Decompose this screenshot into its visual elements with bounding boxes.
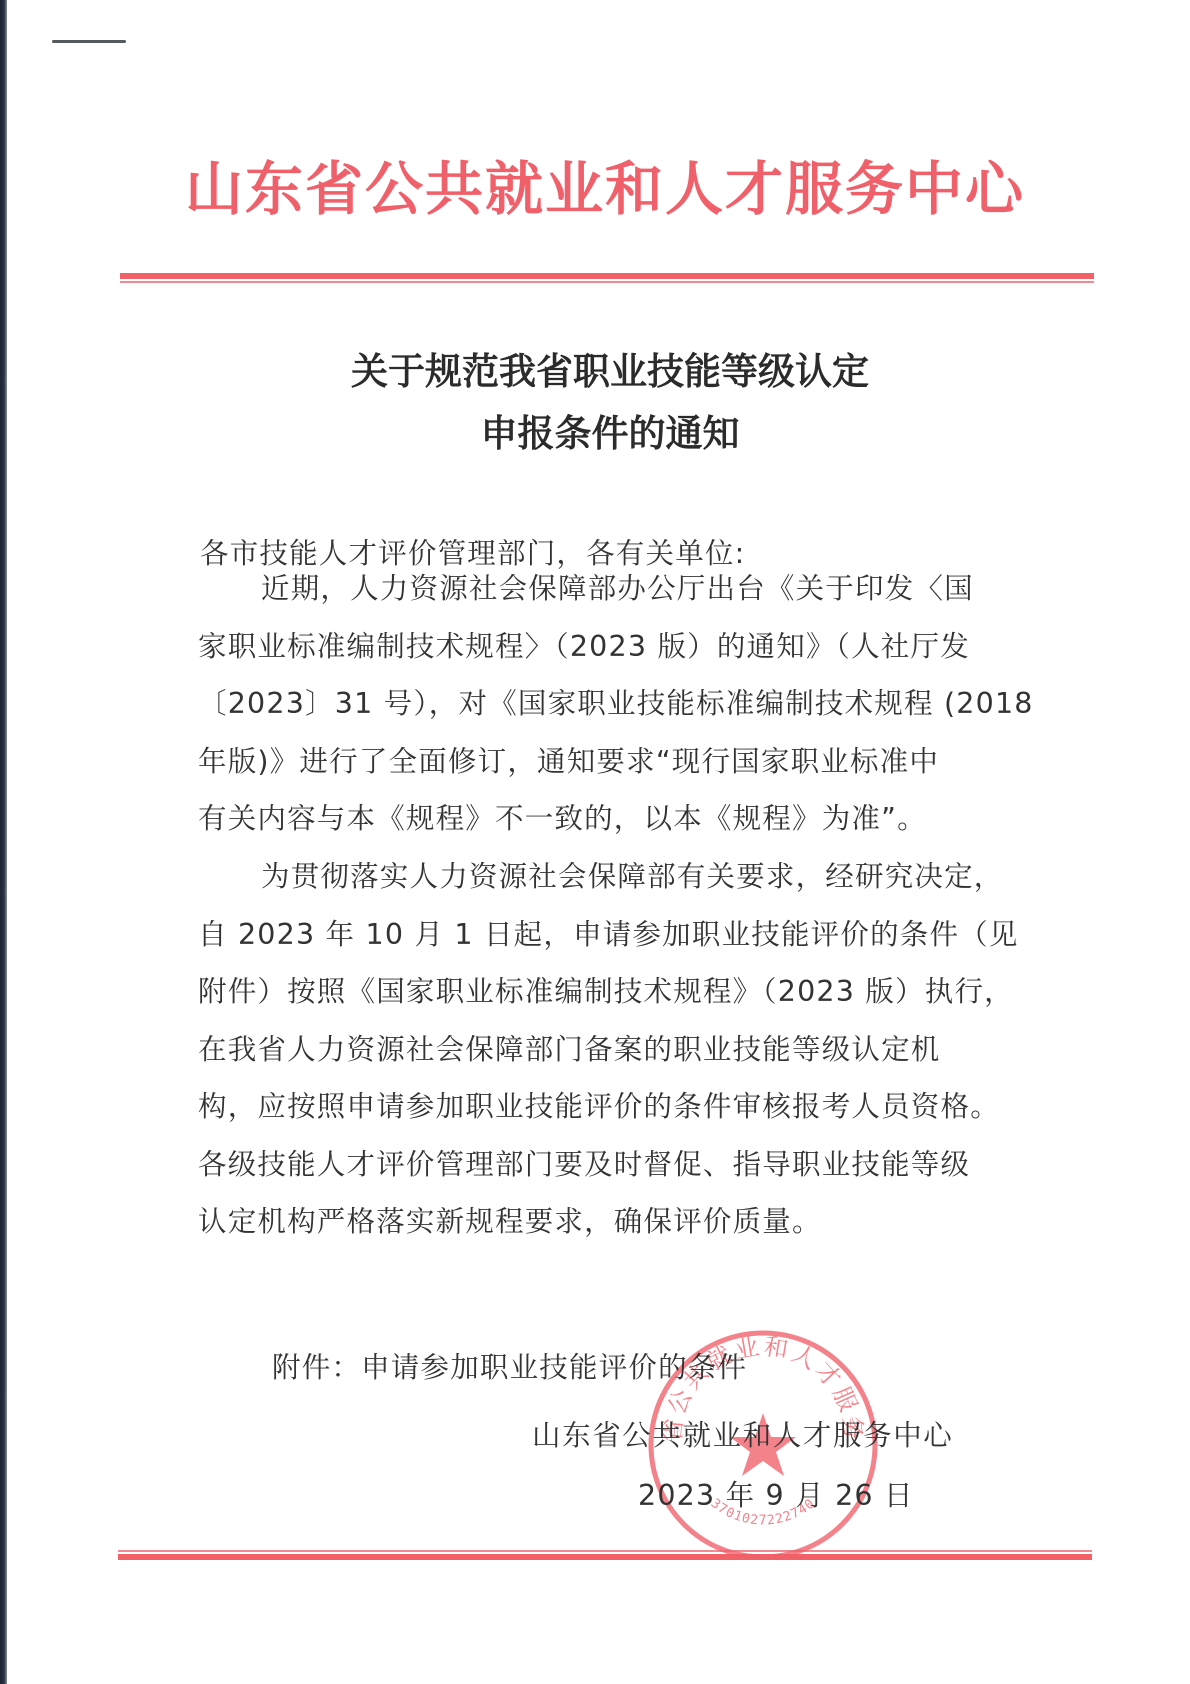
title-line-2: 申报条件的通知 bbox=[30, 402, 1190, 464]
paragraph-line: 为贯彻落实人力资源社会保障部有关要求，经研究决定， bbox=[198, 848, 1028, 906]
document-title: 关于规范我省职业技能等级认定 申报条件的通知 bbox=[0, 340, 1190, 464]
paragraph-1: 近期，人力资源社会保障部办公厅出台《关于印发〈国 家职业标准编制技术规程〉（20… bbox=[198, 560, 1028, 848]
paragraph-line: 家职业标准编制技术规程〉（2023 版）的通知》（人社厅发 bbox=[198, 618, 1028, 676]
signature-organization: 山东省公共就业和人才服务中心 bbox=[532, 1413, 953, 1454]
paragraph-line: 自 2023 年 10 月 1 日起，申请参加职业技能评价的条件（见 bbox=[198, 906, 1028, 964]
paragraph-line: 认定机构严格落实新规程要求，确保评价质量。 bbox=[198, 1193, 1028, 1251]
paragraph-line: 有关内容与本《规程》不一致的，以本《规程》为准”。 bbox=[198, 790, 1028, 848]
paragraph-line: 构，应按照申请参加职业技能评价的条件审核报考人员资格。 bbox=[198, 1078, 1028, 1136]
paragraph-line: 附件）按照《国家职业标准编制技术规程》（2023 版）执行， bbox=[198, 963, 1028, 1021]
scan-left-edge bbox=[0, 0, 7, 1684]
paragraph-line: 近期，人力资源社会保障部办公厅出台《关于印发〈国 bbox=[198, 560, 1028, 618]
paragraph-line: 年版)》进行了全面修订，通知要求“现行国家职业标准中 bbox=[198, 733, 1028, 791]
paragraph-line: 〔2023〕31 号），对《国家职业技能标准编制技术规程 (2018 bbox=[198, 675, 1028, 733]
corner-mark bbox=[52, 40, 126, 43]
attachment-note: 附件：申请参加职业技能评价的条件 bbox=[272, 1345, 747, 1386]
title-line-1: 关于规范我省职业技能等级认定 bbox=[30, 340, 1190, 402]
footer-red-rule bbox=[118, 1550, 1092, 1560]
org-letterhead: 山东省公共就业和人才服务中心 bbox=[0, 160, 1190, 218]
paragraph-line: 各级技能人才评价管理部门要及时督促、指导职业技能等级 bbox=[198, 1136, 1028, 1194]
signature-date: 2023 年 9 月 26 日 bbox=[638, 1473, 914, 1514]
paragraph-line: 在我省人力资源社会保障部门备案的职业技能等级认定机 bbox=[198, 1021, 1028, 1079]
header-red-rule bbox=[120, 273, 1094, 283]
paragraph-2: 为贯彻落实人力资源社会保障部有关要求，经研究决定， 自 2023 年 10 月 … bbox=[198, 848, 1028, 1251]
